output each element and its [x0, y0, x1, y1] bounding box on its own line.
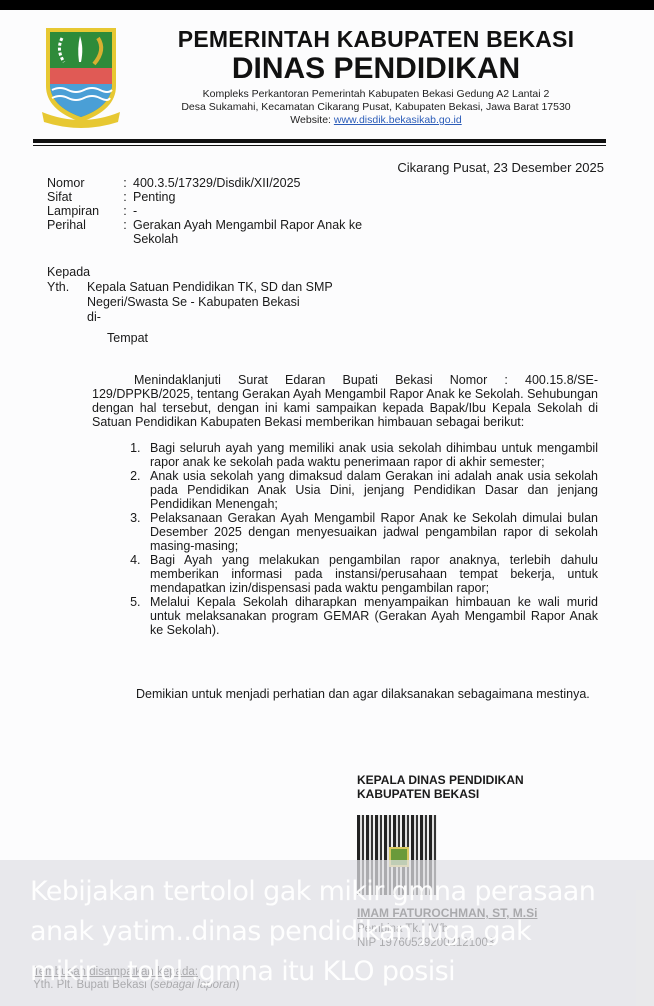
- recipient-tempat: Tempat: [47, 331, 333, 346]
- intro-paragraph: Menindaklanjuti Surat Edaran Bupati Beka…: [92, 373, 598, 429]
- caption-line-2: anak yatim..dinas pendidikan juga gak: [30, 912, 640, 952]
- meta-value: Gerakan Ayah Mengambil Rapor Anak ke Sek…: [133, 218, 393, 246]
- caption-line-1: Kebijakan tertolol gak mikir gmna perasa…: [30, 872, 640, 912]
- list-item: Melalui Kepala Sekolah diharapkan menyam…: [144, 595, 598, 637]
- meta-row: Nomor:400.3.5/17329/Disdik/XII/2025: [47, 176, 393, 190]
- list-item: Bagi seluruh ayah yang memiliki anak usi…: [144, 441, 598, 469]
- closing-text: Demikian untuk menjadi perhatian dan aga…: [62, 686, 598, 702]
- meta-row: Sifat:Penting: [47, 190, 393, 204]
- website-line: Website: www.disdik.bekasikab.go.id: [148, 114, 604, 127]
- meta-value: 400.3.5/17329/Disdik/XII/2025: [133, 176, 393, 190]
- letterhead-divider-thin: [33, 145, 606, 146]
- recipient-kepada: Kepada: [47, 265, 333, 280]
- meta-row: Perihal:Gerakan Ayah Mengambil Rapor Ana…: [47, 218, 393, 246]
- instruction-list: Bagi seluruh ayah yang memiliki anak usi…: [92, 441, 598, 637]
- meta-value: -: [133, 204, 393, 218]
- signatory-title-line-1: KEPALA DINAS PENDIDIKAN: [357, 773, 524, 787]
- letter-body: Menindaklanjuti Surat Edaran Bupati Beka…: [92, 373, 598, 637]
- meta-key: Perihal: [47, 218, 117, 246]
- meta-key: Nomor: [47, 176, 117, 190]
- list-item: Anak usia sekolah yang dimaksud dalam Ge…: [144, 469, 598, 511]
- recipient-block: Kepada Yth.Kepala Satuan Pendidikan TK, …: [47, 265, 333, 346]
- meta-colon: :: [117, 176, 133, 190]
- recipient-yth-row: Yth.Kepala Satuan Pendidikan TK, SD dan …: [47, 280, 333, 295]
- letterhead-address: Kompleks Perkantoran Pemerintah Kabupate…: [148, 88, 604, 127]
- meta-key: Sifat: [47, 190, 117, 204]
- agency-name: DINAS PENDIDIKAN: [148, 52, 604, 86]
- caption-line-3: mikir .. tolol .gmna itu KLO posisi: [30, 952, 640, 992]
- list-item: Bagi Ayah yang melakukan pengambilan rap…: [144, 553, 598, 595]
- website-label: Website:: [290, 114, 334, 126]
- address-line-1: Kompleks Perkantoran Pemerintah Kabupate…: [148, 88, 604, 101]
- caption-overlay: Kebijakan tertolol gak mikir gmna perasa…: [30, 872, 640, 992]
- list-item: Pelaksanaan Gerakan Ayah Mengambil Rapor…: [144, 511, 598, 553]
- meta-key: Lampiran: [47, 204, 117, 218]
- government-name: PEMERINTAH KABUPATEN BEKASI: [148, 26, 604, 53]
- signatory-title: KEPALA DINAS PENDIDIKAN KABUPATEN BEKASI: [357, 773, 524, 801]
- letterhead-divider: [33, 139, 606, 143]
- letter-meta: Nomor:400.3.5/17329/Disdik/XII/2025 Sifa…: [47, 176, 393, 246]
- recipient-line-2: Negeri/Swasta Se - Kabupaten Bekasi: [47, 295, 333, 310]
- recipient-line-3: di-: [47, 310, 333, 325]
- closing-paragraph: Demikian untuk menjadi perhatian dan aga…: [62, 686, 598, 702]
- address-line-2: Desa Sukamahi, Kecamatan Cikarang Pusat,…: [148, 101, 604, 114]
- bekasi-coat-of-arms-icon: [40, 24, 122, 130]
- meta-colon: :: [117, 204, 133, 218]
- recipient-yth: Yth.: [47, 280, 87, 295]
- website-link[interactable]: www.disdik.bekasikab.go.id: [334, 114, 462, 126]
- signatory-title-line-2: KABUPATEN BEKASI: [357, 787, 524, 801]
- meta-row: Lampiran:-: [47, 204, 393, 218]
- meta-value: Penting: [133, 190, 393, 204]
- recipient-line-1: Kepala Satuan Pendidikan TK, SD dan SMP: [87, 280, 333, 295]
- top-status-bar: [0, 0, 654, 10]
- meta-colon: :: [117, 218, 133, 246]
- letter-date: Cikarang Pusat, 23 Desember 2025: [380, 160, 604, 175]
- meta-colon: :: [117, 190, 133, 204]
